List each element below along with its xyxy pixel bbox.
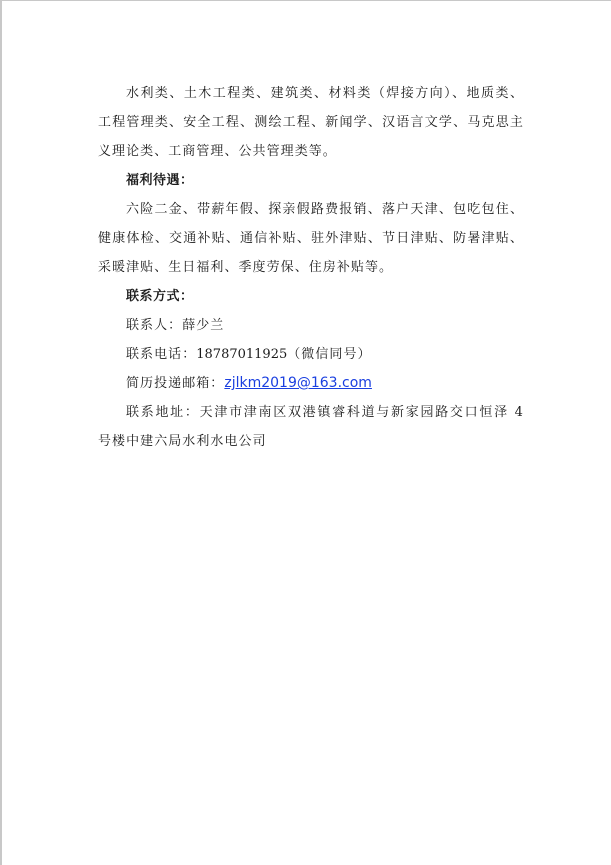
contact-address-label: 联系地址： — [126, 405, 200, 420]
document-page: 水利类、土木工程类、建筑类、材料类（焊接方向）、地质类、工程管理类、安全工程、测… — [0, 0, 611, 865]
contact-email-line: 简历投递邮箱：zjlkm2019@163.com — [98, 369, 524, 398]
contact-person-line: 联系人：薛少兰 — [98, 311, 524, 340]
contact-email-link[interactable]: zjlkm2019@163.com — [224, 375, 372, 391]
contact-phone-note: （微信同号） — [287, 347, 371, 362]
contact-phone-line: 联系电话：18787011925（微信同号） — [98, 340, 524, 369]
contact-heading: 联系方式： — [98, 282, 524, 311]
contact-email-label: 简历投递邮箱： — [126, 376, 224, 391]
contact-phone-label: 联系电话： — [126, 347, 196, 362]
majors-paragraph: 水利类、土木工程类、建筑类、材料类（焊接方向）、地质类、工程管理类、安全工程、测… — [98, 79, 524, 166]
contact-address-line: 联系地址：天津市津南区双港镇睿科道与新家园路交口恒泽 4 号楼中建六局水利水电公… — [98, 398, 524, 456]
contact-person-value: 薛少兰 — [182, 318, 224, 333]
benefits-paragraph: 六险二金、带薪年假、探亲假路费报销、落户天津、包吃包住、健康体检、交通补贴、通信… — [98, 195, 524, 282]
contact-person-label: 联系人： — [126, 318, 182, 333]
contact-phone-value: 18787011925 — [196, 347, 287, 362]
document-body: 水利类、土木工程类、建筑类、材料类（焊接方向）、地质类、工程管理类、安全工程、测… — [98, 79, 524, 456]
benefits-heading: 福利待遇： — [98, 166, 524, 195]
